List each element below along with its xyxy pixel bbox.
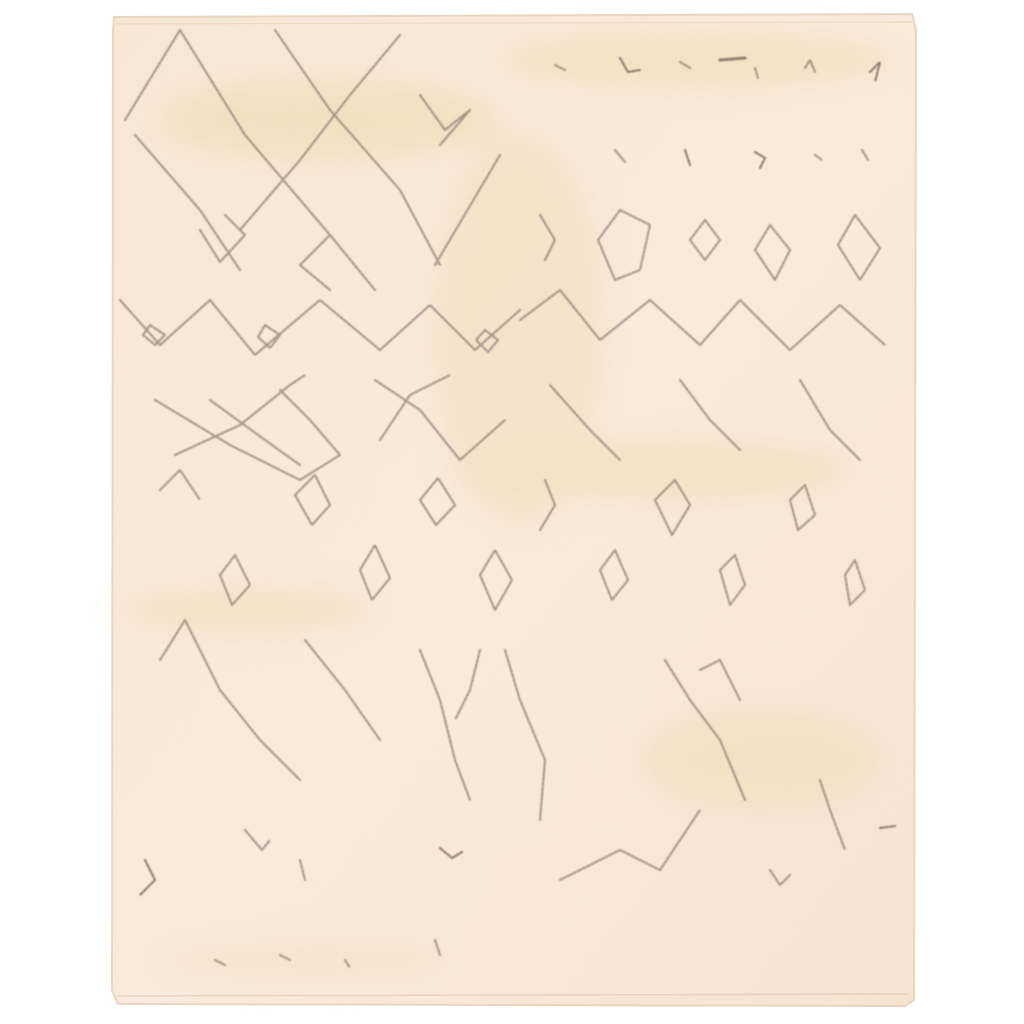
rug [112,14,916,1006]
rug-image [0,0,1024,1024]
product-photo: Cream wool rug with faint brown hand-kno… [0,0,1024,1024]
